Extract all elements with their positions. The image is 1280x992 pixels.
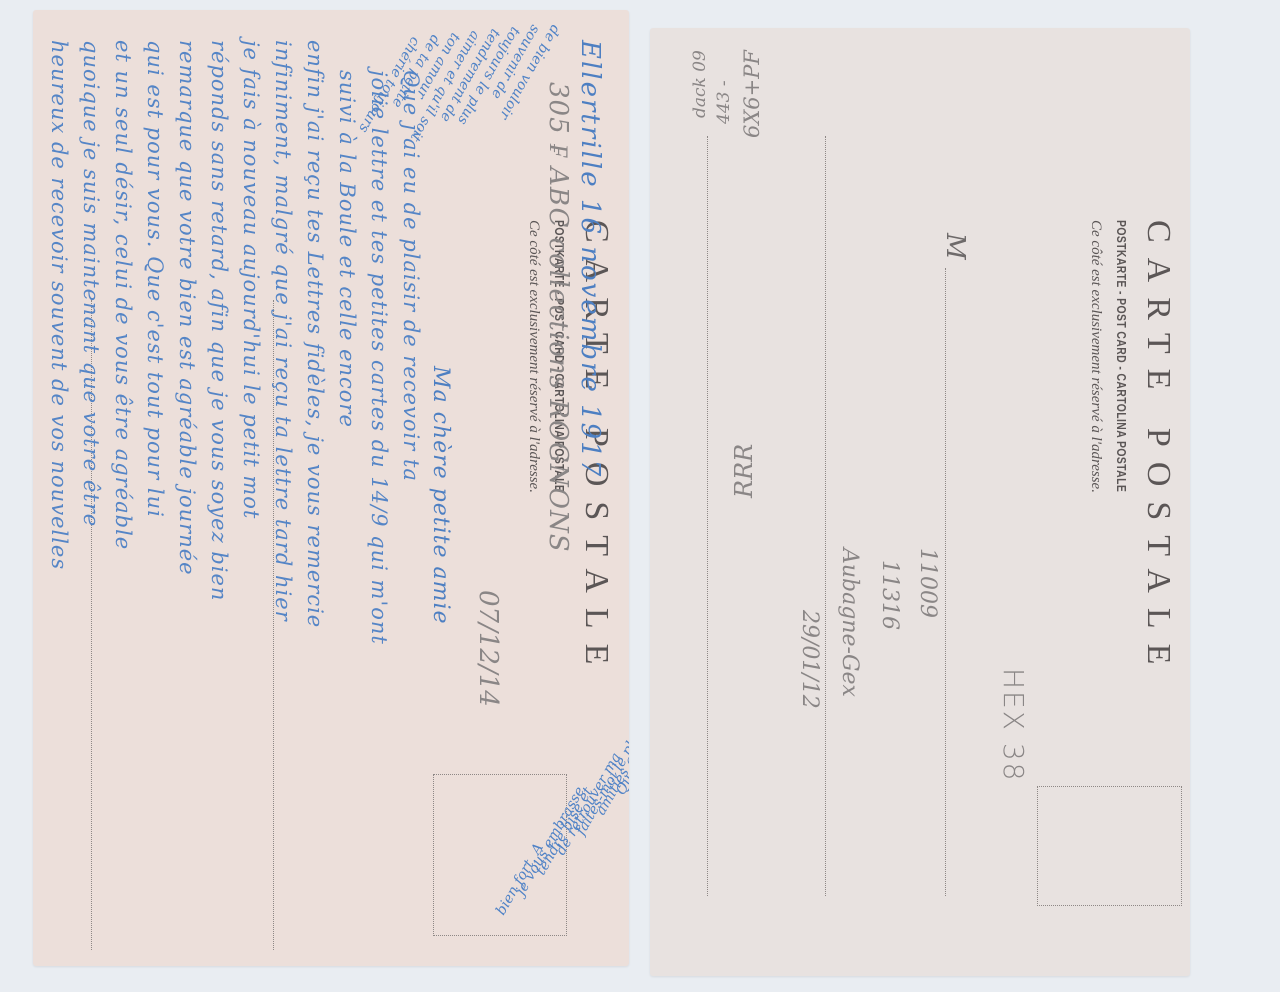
pencil-corner-note-3: 6X6+PF bbox=[740, 50, 764, 138]
ink-line: jolie lettre et tes petites cartes du 14… bbox=[367, 70, 391, 645]
ink-header-date: Ellertrille 16 novembre 1917 bbox=[575, 40, 605, 478]
ink-line: remarque que votre bien est agréable jou… bbox=[175, 40, 199, 576]
pencil-corner-note-2: 443 - bbox=[714, 80, 734, 124]
pencil-corner-note-1: dack 09 bbox=[690, 50, 710, 118]
pencil-mark-rrr: RRR bbox=[730, 444, 758, 498]
ink-line: quoique je suis maintenant que votre êtr… bbox=[79, 40, 103, 527]
pencil-address-line: 11316 bbox=[877, 560, 902, 630]
printed-header-right: CARTE POSTALE POSTKARTE - POST CARD - CA… bbox=[1084, 220, 1178, 679]
postcard-right: CARTE POSTALE POSTKARTE - POST CARD - CA… bbox=[650, 28, 1190, 976]
address-line bbox=[825, 136, 826, 896]
card-subtitle: POSTKARTE - POST CARD - CARTOLINA POSTAL… bbox=[1110, 220, 1132, 588]
ink-line: infiniment, malgré que j'ai reçu ta lett… bbox=[271, 40, 295, 622]
card-title: CARTE POSTALE bbox=[1138, 220, 1178, 679]
address-line bbox=[945, 268, 946, 896]
pencil-address-line: 29/01/12 bbox=[797, 610, 822, 709]
ink-line: suivi à la Boule et celle encore bbox=[335, 70, 359, 428]
ink-line: qui est pour vous. Que c'est tout pour l… bbox=[143, 40, 167, 518]
pencil-address-prefix: M bbox=[940, 233, 970, 260]
postcard-left: CARTE POSTALE POSTKARTE - POST CARD - CA… bbox=[33, 10, 629, 966]
pencil-code-hex38: HEX 38 bbox=[997, 668, 1030, 782]
stamp-box bbox=[1037, 786, 1182, 906]
ink-line: enfin j'ai reçu tes Lettres fidèles, je … bbox=[303, 40, 327, 628]
ink-line: je fais à nouveau aujourd'hui le petit m… bbox=[239, 40, 263, 519]
card-address-note: Ce côté est exclusivement réservé à l'ad… bbox=[1084, 220, 1108, 679]
address-line bbox=[707, 136, 708, 896]
pencil-address-line: 11009 bbox=[915, 548, 940, 618]
pencil-collection-note: 305 ₣ ABC collections ROGNONS bbox=[543, 82, 573, 553]
ink-line: réponds sans retard, afin que je vous so… bbox=[207, 40, 231, 601]
pencil-date-note: 07/12/14 bbox=[473, 590, 503, 707]
ink-line: et un seul désir, celui de vous être agr… bbox=[111, 40, 135, 550]
ink-greeting: Ma chère petite amie bbox=[428, 366, 453, 625]
pencil-address-line: Aubagne-Gex bbox=[837, 548, 862, 697]
ink-line: heureux de recevoir souvent de vos nouve… bbox=[47, 40, 71, 570]
